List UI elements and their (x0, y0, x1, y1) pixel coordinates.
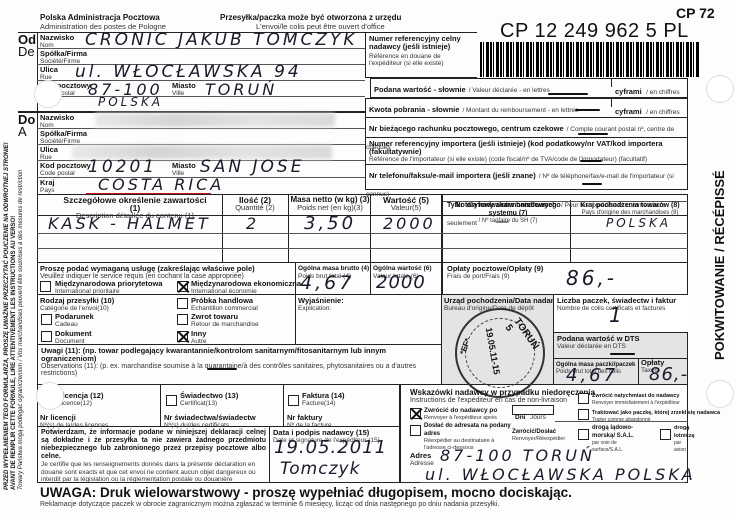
service-title: Proszę podać wymaganą usługę (zakreślają… (40, 265, 255, 280)
punch-hole (36, 382, 64, 410)
other-checkbox[interactable] (177, 331, 188, 342)
postal-account-box[interactable]: Nr bieżącego rachunku pocztowego, centru… (365, 118, 688, 138)
sender-street-value[interactable]: ul. WŁOCŁAWSKA 94 (75, 62, 302, 82)
gross-weight-value[interactable]: 4,67 (300, 272, 354, 294)
row-net-weight[interactable]: 3,50 (304, 213, 356, 234)
total-parcel-weight-box[interactable]: Ogólna masa paczki/paczekPoids brut tota… (553, 359, 639, 385)
sample-checkbox[interactable] (177, 298, 188, 309)
recipient-country-value[interactable]: COSTA RICA (98, 175, 224, 194)
punch-hole (706, 75, 734, 103)
economy-label: Międzynarodowa ekonomicznaInternational … (191, 280, 301, 295)
days-field[interactable]: Dni Jours (512, 405, 554, 415)
customs-ref-box[interactable]: Numer referencyjny celny nadawcy (jeśli … (365, 32, 477, 78)
certificate-label: Świadectwo (13)Certificat(13) (180, 392, 238, 407)
priority-label: Międzynarodowa priorytetowaInternational… (55, 280, 163, 295)
forward-checkbox[interactable] (410, 425, 421, 436)
receipt-side-label: POKWITOWANIE / RÉCÉPISSÉ (712, 120, 727, 360)
non-delivery-title: Wskazówki nadawcy w przypadku niedoręcze… (410, 389, 595, 404)
total-value-value[interactable]: 2000 (376, 272, 426, 293)
priority-checkbox[interactable] (40, 281, 51, 292)
row-value[interactable]: 2000 (383, 214, 436, 233)
certificate-checkbox[interactable] (166, 395, 177, 406)
fee-box[interactable]: OpłatyTaxes 86,- (641, 359, 688, 385)
explanation-label: Wyjaśnienie:Explication: (298, 297, 344, 312)
return-goods-label: Zwrot towaruRetour de marchandise (191, 313, 259, 328)
barcode (480, 42, 700, 77)
row-origin[interactable]: POLSKA (606, 216, 671, 230)
col-quantity-header: Ilość (2)Quantité (2) (224, 196, 286, 211)
recipient-street-label: UlicaRue (40, 146, 58, 161)
sender-name-label: NazwiskoNom (40, 34, 74, 49)
sender-country-value[interactable]: POLSKA (98, 95, 163, 109)
sample-label: Próbka handlowaEchantillon commercial (191, 297, 258, 312)
gift-checkbox[interactable] (41, 314, 52, 325)
form-code: CP 72 (676, 5, 715, 21)
air-label: drogą lotnicząpar avion (674, 424, 694, 454)
abandon-checkbox[interactable] (578, 409, 589, 420)
row-hs-code[interactable]: — (495, 214, 512, 230)
footer-warning: UWAGA: Druk wielowarstwowy - proszę wype… (40, 485, 572, 500)
sender-section-label: OdDe (18, 34, 36, 58)
declared-value-box[interactable]: Podana wartość - słownie/ Valeur déclaré… (370, 78, 688, 98)
sender-city-label: MiastoVille (172, 82, 196, 97)
route-label: Zwrócić/DosłaćRenvoyer/Réexpédier (512, 428, 565, 443)
document-label: DokumentDocument (55, 330, 92, 345)
declaration-text: Potwierdzam, że informacje podane w nini… (37, 427, 270, 483)
surface-label: drogą lądowo-morską/ S.A.L.par voie de s… (592, 424, 647, 454)
air-checkbox[interactable] (660, 429, 671, 440)
sender-city-value[interactable]: TORUŃ (205, 80, 277, 99)
dts-value-box[interactable]: Podana wartość w DTSValeur déclarée en D… (553, 333, 688, 359)
tracking-number: CP 12 249 962 5 PL (500, 20, 689, 43)
return-address-line1[interactable]: 87-100 TORUŃ (440, 446, 595, 465)
col-net-weight-header: Masa netto (w kg) (3)Poids net (en kg)(3… (290, 196, 370, 211)
punch-hole (706, 380, 734, 408)
recipient-company-label: Spółka/FirmaSociété/Firme (40, 130, 87, 145)
economy-checkbox[interactable] (177, 281, 188, 292)
invoice-label: Faktura (14)Facture(14) (302, 392, 345, 407)
return-now-checkbox[interactable] (578, 393, 589, 404)
return-now-label: Zwrócić natychmiast do nadawcyRenvoyer i… (592, 392, 680, 407)
may-be-opened-notice: Przesyłka/paczka może być otworzona z ur… (220, 13, 401, 22)
return-after-checkbox[interactable] (410, 408, 421, 419)
return-goods-checkbox[interactable] (177, 314, 188, 325)
return-after-label: Zwrócić do nadawcy poRenvoyer à l'expédi… (424, 407, 497, 422)
licence-label: Licencja (12)Licence(12) (58, 392, 103, 407)
recipient-city-value[interactable]: SAN JOSE (200, 157, 304, 177)
postal-admin-title: Polska Administracja Pocztowa (40, 13, 160, 22)
importer-ref-box[interactable]: Numer referencyjny importera (jeśli istn… (365, 138, 688, 165)
gift-label: PodarunekCadeau (55, 313, 94, 328)
recipient-postcode-label: Kod pocztowyCode postal (40, 162, 91, 177)
postage-value[interactable]: 86,- (566, 266, 617, 290)
col-value-header: Wartość (5)Valeur(5) (372, 196, 440, 211)
recipient-name-label: NazwiskoNom (40, 114, 74, 129)
importer-contact-box[interactable]: Nr telefonu/faksu/e-mail importera (jeśl… (365, 165, 688, 190)
other-label: InnyAutre (191, 330, 207, 345)
surface-checkbox[interactable] (578, 429, 589, 440)
category-title: Rodzaj przesyłki (10)Catégorie de l'envo… (40, 297, 114, 312)
recipient-country-label: KrajPays (40, 179, 55, 194)
postage-label: Opłaty pocztowe/Opłaty (9)Frais de port/… (447, 265, 543, 280)
parcel-count-box[interactable]: Liczba paczek, świadectw i fakturNombre … (553, 295, 688, 333)
recipient-name-redacted (95, 113, 335, 127)
footer-complaints: Reklamacje dotyczące paczek w obrocie za… (40, 501, 499, 508)
cod-amount-box[interactable]: Kwota pobrania - słownie/ Montant du rem… (365, 98, 688, 118)
date-signature-box[interactable]: Data i podpis nadawcy (15) Date et signa… (270, 427, 400, 483)
sender-street-label: UlicaRue (40, 66, 58, 81)
origin-country-header: Kraj pochodzenia towarów (8)Pays d'origi… (572, 202, 688, 217)
side-instructions: PRZED WYPEŁNIENIEM TEGO FORMULARZA, PROS… (4, 130, 25, 490)
punch-hole (34, 80, 62, 108)
invoice-checkbox[interactable] (288, 395, 299, 406)
recipient-postcode-value[interactable]: 10201 (88, 157, 157, 177)
row-quantity[interactable]: 2 (246, 214, 259, 233)
document-checkbox[interactable] (41, 331, 52, 342)
notes-box[interactable]: Uwagi (11): (np. towar podlegający kwara… (37, 345, 441, 385)
sender-name-value[interactable]: CRONIC JAKUB TOMCZYK (85, 30, 358, 50)
row-description[interactable]: KASK - HALMET (48, 214, 211, 233)
